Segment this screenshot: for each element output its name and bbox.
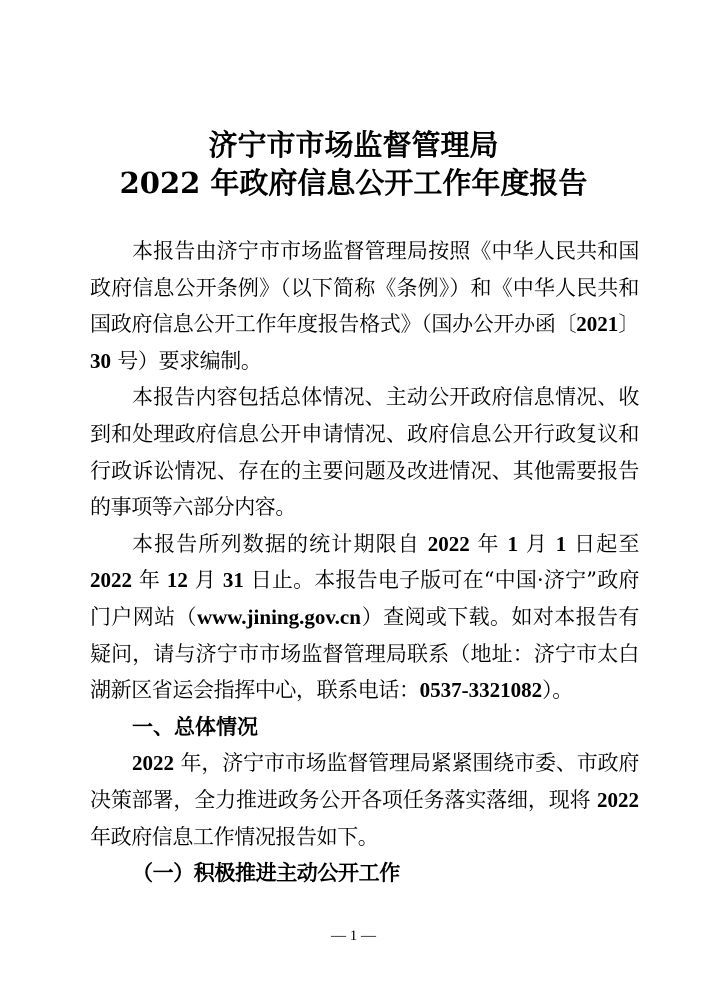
text-segment: 日起至 — [566, 532, 639, 556]
bold-text-segment: 0537-3321082 — [420, 678, 543, 702]
bold-text-segment: 1 — [508, 532, 519, 556]
text-segment: 号）要求编制。 — [111, 349, 261, 373]
para-report-basis: 本报告由济宁市市场监督管理局按照《中华人民共和国政府信息公开条例》（以下简称《条… — [90, 233, 639, 379]
text-segment: （一）积极推进主动公开工作 — [132, 860, 400, 885]
text-segment: 月 — [518, 532, 556, 556]
bold-text-segment: 2022 — [597, 788, 639, 812]
text-segment: 本报告内容包括总体情况、主动公开政府信息情况、收到和处理政府信息公开申请情况、政… — [90, 385, 639, 519]
text-segment: 年政府信息工作情况报告如下。 — [90, 825, 378, 849]
heading-section-1-1: （一）积极推进主动公开工作 — [90, 855, 639, 892]
bold-text-segment: 2022 — [428, 532, 470, 556]
bold-text-segment: 2022 — [90, 568, 132, 592]
document-page: 济宁市市场监督管理局 2022 年政府信息公开工作年度报告 本报告由济宁市市场监… — [0, 0, 707, 999]
text-segment: 〕 — [618, 312, 639, 336]
text-segment: 年 — [132, 568, 167, 592]
report-title-line-1: 济宁市市场监督管理局 — [0, 126, 707, 164]
report-title: 济宁市市场监督管理局 2022 年政府信息公开工作年度报告 — [0, 126, 707, 202]
bold-text-segment: 30 — [90, 349, 111, 373]
heading-section-1: 一、总体情况 — [90, 709, 639, 746]
text-segment: 本报告所列数据的统计期限自 — [132, 532, 428, 556]
text-segment: 年 — [470, 532, 508, 556]
bold-text-segment: 2021 — [576, 312, 618, 336]
para-report-contents: 本报告内容包括总体情况、主动公开政府信息情况、收到和处理政府信息公开申请情况、政… — [90, 379, 639, 525]
bold-text-segment: www.jining.gov.cn — [197, 605, 361, 629]
text-segment: 本报告由济宁市市场监督管理局按照《中华人民共和国政府信息公开条例》（以下简称《条… — [90, 239, 639, 336]
bold-text-segment: 12 — [167, 568, 188, 592]
bold-text-segment: 1 — [556, 532, 567, 556]
text-segment: ）。 — [542, 678, 573, 702]
para-statistics-period-contact: 本报告所列数据的统计期限自 2022 年 1 月 1 日起至 2022 年 12… — [90, 526, 639, 709]
bold-text-segment: 31 — [223, 568, 244, 592]
report-title-line-2: 2022 年政府信息公开工作年度报告 — [0, 164, 707, 202]
bold-text-segment: 2022 — [132, 751, 174, 775]
text-segment: 一、总体情况 — [132, 715, 258, 739]
document-body: 本报告由济宁市市场监督管理局按照《中华人民共和国政府信息公开条例》（以下简称《条… — [90, 233, 639, 892]
page-number: — 1 — — [0, 927, 707, 945]
para-section-1-intro: 2022 年，济宁市市场监督管理局紧紧围绕市委、市政府决策部署，全力推进政务公开… — [90, 745, 639, 855]
text-segment: 月 — [188, 568, 223, 592]
